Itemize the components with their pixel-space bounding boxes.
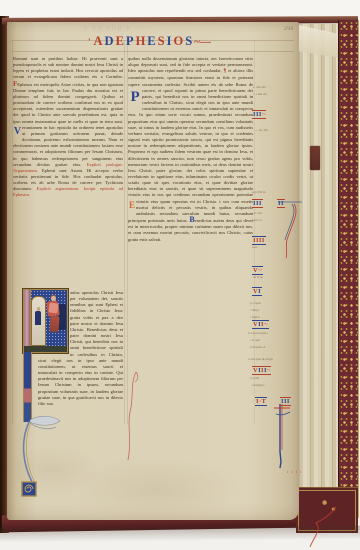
marginal-gloss: x Laud organo <box>248 332 268 336</box>
ribbon-marker-thread <box>300 505 344 550</box>
illuminated-initial-p <box>23 289 68 353</box>
photo-backdrop: s ad eph s 'ADEPHESIOS~— 296 Romani sunt… <box>0 0 360 550</box>
right-column-text: quibus nulla dissensionum gloriatur iniu… <box>128 56 253 424</box>
miniature-figure <box>35 311 41 325</box>
chapter-number-marker: V~ <box>252 266 263 275</box>
running-title-letter: E <box>147 34 157 50</box>
running-title-letter: I <box>167 34 174 50</box>
chapter-number-marker: II <box>277 199 285 208</box>
decorated-initial: V <box>13 125 22 138</box>
running-title-letter: E <box>116 34 126 50</box>
chapter-number-marker: III <box>280 397 291 406</box>
running-title-letter: D <box>105 34 116 50</box>
running-title-letter: S <box>185 34 194 50</box>
initial-p-tail-flourish <box>10 410 80 520</box>
chapter-number-marker: III <box>252 199 263 208</box>
marginal-gloss: comgano <box>252 384 264 388</box>
chapter-numeral-letter: I <box>262 237 265 244</box>
left-column-upper-text: Romani sunt in partibus Italiae. Hi prae… <box>13 56 123 289</box>
marginal-gloss: lemo d. <box>252 219 262 223</box>
marginal-gloss: — m. mō <box>255 129 268 133</box>
marginal-gloss: : st quā <box>250 339 260 343</box>
body-text: Romani sunt in partibus Italiae. Hi prae… <box>13 56 123 79</box>
red-pen-flourish <box>122 368 140 468</box>
running-title-letter: H <box>136 34 148 50</box>
ruling-line <box>12 51 294 52</box>
miniature-architecture <box>31 296 46 346</box>
marginal-gloss: p. s ipm <box>250 302 261 306</box>
chapter-numeral-letter: T <box>262 398 267 405</box>
chapter-numeral-letter: I <box>258 288 261 295</box>
chapter-number-marker: VII~ <box>252 320 269 329</box>
running-title-letter: O <box>173 34 185 50</box>
marginal-gloss: : d. bns <box>252 212 262 216</box>
running-title-lead-mark: ' <box>88 37 93 47</box>
marginal-gloss: x depsals d. <box>250 346 266 350</box>
decorated-initial: E <box>128 199 136 212</box>
marginal-gloss: Gla. <box>252 246 258 250</box>
running-title: 'ADEPHESIOS~— <box>88 34 238 50</box>
marginal-gloss: : Inglat <box>250 316 260 320</box>
body-text: roponit in prima parte benedictionem dei… <box>128 88 253 204</box>
gilt-cover-band <box>338 20 359 518</box>
initial-p-bar <box>24 290 31 352</box>
paul-figure-head <box>51 296 56 301</box>
running-title-letter: S <box>158 34 167 50</box>
chapter-number-marker: VIII~ <box>252 366 271 375</box>
body-text: erumtamen in hac epistola ita ordinem te… <box>13 125 123 167</box>
marginal-gloss: de ā sp <box>253 276 262 280</box>
marginal-gloss: : diups <box>250 309 259 313</box>
marginal-gloss: x std qlen & pngis <box>248 358 273 362</box>
page-edges-stack <box>296 24 338 516</box>
body-text: Ephesus est metropolis Asiae civitas, in… <box>13 82 123 124</box>
paul-figure-legs <box>49 316 59 333</box>
marker-flourish: ~ <box>267 367 271 374</box>
marginal-gloss: x Galā <box>250 377 259 381</box>
ink-showthrough: s ad eph s <box>84 24 234 32</box>
chapter-number-marker: III~ <box>252 110 266 119</box>
chapter-number-marker: I·T <box>255 397 267 406</box>
chapter-number-marker: VI <box>252 287 262 296</box>
marginal-gloss: = r aūs mi <box>253 93 267 97</box>
marker-flourish: ~ <box>264 321 268 328</box>
marginal-gloss: sup illā m. <box>252 191 266 195</box>
chapter-numeral-letter: I <box>281 200 284 207</box>
quire-mark: i i i i <box>287 469 302 474</box>
running-title-flourish: ~— <box>194 36 211 48</box>
marginal-gloss: s. dns mō <box>253 86 266 90</box>
running-title-letters: ADEPHESIOS <box>94 34 195 48</box>
running-title-letter: A <box>94 34 105 50</box>
folio-number: 296 <box>284 26 294 32</box>
decorated-initial: P <box>128 88 142 107</box>
chapter-numeral-letter: I <box>287 398 290 405</box>
ruling-line <box>124 40 125 424</box>
fore-edge-tab <box>310 146 320 170</box>
chapter-dagger-flourish <box>268 402 298 472</box>
marker-flourish: ~ <box>258 267 262 274</box>
chapter-numeral-letter: I <box>259 200 262 207</box>
chapter-number-marker: IIII <box>252 236 266 245</box>
marker-flourish: ~ <box>262 111 266 118</box>
paul-figure-cloak <box>48 302 58 313</box>
miniature-figure-head <box>37 307 41 311</box>
running-title-letter: P <box>126 34 136 50</box>
